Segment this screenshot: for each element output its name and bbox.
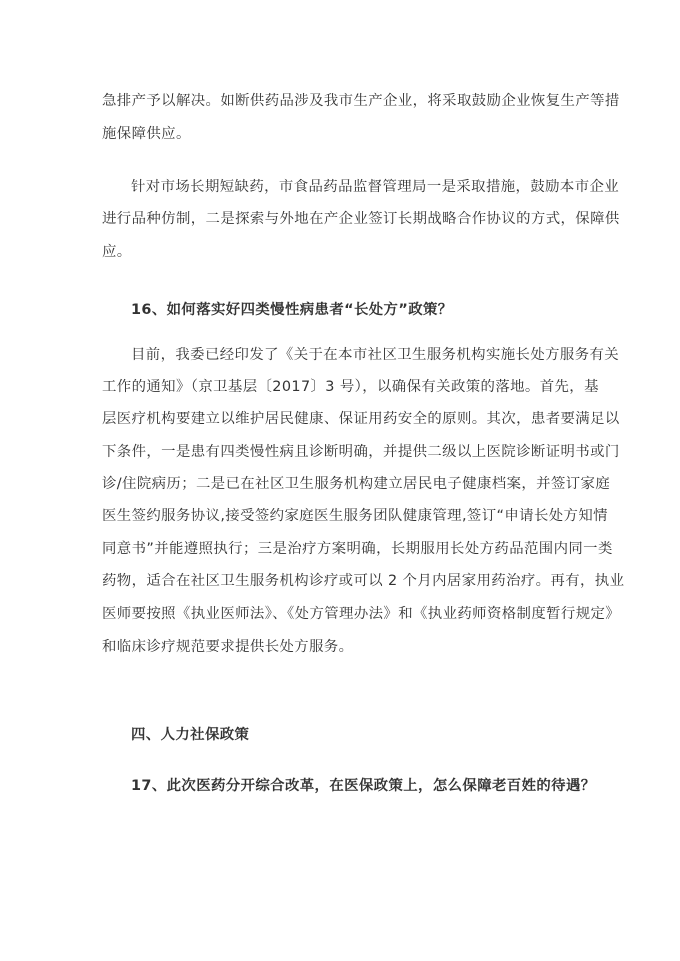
paragraph-line: 施保障供应。 — [102, 125, 191, 143]
paragraph-line: 和临床诊疗规范要求提供长处方服务。 — [102, 638, 353, 656]
paragraph-line: 医生签约服务协议,接受签约家庭医生服务团队健康管理,签订“申请长处方知情 — [102, 507, 608, 525]
section-heading-16: 16、如何落实好四类慢性病患者“长处方”政策？ — [131, 301, 453, 319]
paragraph-line: 药物，适合在社区卫生服务机构诊疗或可以 2 个月内居家用药治疗。再有，执业 — [102, 572, 624, 590]
paragraph-line: 应。 — [102, 243, 132, 261]
paragraph-line: 目前，我委已经印发了《关于在本市社区卫生服务机构实施长处方服务有关 — [131, 346, 619, 364]
paragraph-line: 层医疗机构要建立以维护居民健康、保证用药安全的原则。其次，患者要满足以 — [102, 410, 620, 428]
paragraph-line: 医师要按照《执业医师法》、《处方管理办法》和《执业药师资格制度暂行规定》 — [102, 605, 620, 623]
paragraph-line: 进行品种仿制，二是探索与外地在产企业签订长期战略合作协议的方式，保障供 — [102, 210, 620, 228]
paragraph-line: 针对市场长期短缺药，市食品药品监督管理局一是采取措施，鼓励本市企业 — [131, 178, 619, 196]
paragraph-line: 急排产予以解决。如断供药品涉及我市生产企业，将采取鼓励企业恢复生产等措 — [102, 92, 620, 110]
paragraph-line: 下条件，一是患有四类慢性病且诊断明确，并提供二级以上医院诊断证明书或门 — [102, 443, 620, 461]
paragraph-line: 工作的通知》（京卫基层〔2017〕3 号），以确保有关政策的落地。首先，基 — [102, 378, 599, 396]
paragraph-line: 同意书”并能遵照执行；三是治疗方案明确，长期服用长处方药品范围内同一类 — [102, 540, 613, 558]
section-heading-17: 17、此次医药分开综合改革，在医保政策上，怎么保障老百姓的待遇？ — [131, 777, 596, 795]
section-heading-hr-social-security: 四、人力社保政策 — [131, 726, 249, 744]
paragraph-line: 诊/住院病历；二是已在社区卫生服务机构建立居民电子健康档案，并签订家庭 — [102, 475, 610, 493]
